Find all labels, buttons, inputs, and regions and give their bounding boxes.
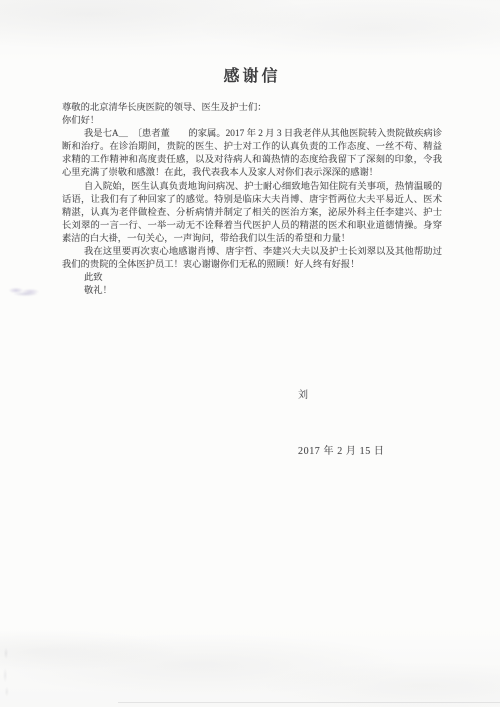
stamp-smudge-mark [8,285,40,297]
letter-line: 我在这里要再次衷心地感谢肖博、唐宇哲、李建兴大夫以及护士长刘翠以及其他帮助过 [62,246,442,259]
letter-line-jingli: 敬礼！ [62,285,442,298]
letter-line: 断和治疗。在诊治期间，贵院的医生、护士对工作的认真负责的工作态度、一丝不苟、精益 [62,141,442,154]
letter-line-cizhi: 此致 [62,272,442,285]
scan-edge-artifact [2,645,10,700]
letter-line: 心里充满了崇敬和感激！在此，我代表我本人及家人对你们表示深深的感谢！ [62,167,442,180]
letter-line: 我是七A＿ 〔患者董 的家属。2017 年 2 月 3 日我老伴从其他医院转入贵… [62,128,442,141]
letter-line: 话语，让我们有了种回家了的感觉。特别是临床大夫肖博、唐宇哲两位大夫平易近人、医术 [62,194,442,207]
letter-line-greeting: 你们好！ [62,115,442,128]
letter-line: 素洁的白大褂，一句关心，一声询问，带给我们以生活的希望和力量！ [62,233,442,246]
letter-line: 我们的贵院的全体医护员工！衷心谢谢你们无私的照顾！好人终有好报！ [62,259,442,272]
scanned-letter-page: 感谢信 尊敬的北京清华长庚医院的领导、医生及护士们： 你们好！ 我是七A＿ 〔患… [0,0,500,707]
letter-title: 感谢信 [62,63,442,86]
letter-date: 2017 年 2 月 15 日 [298,442,385,457]
letter-line: 求精的工作精神和高度责任感，以及对待病人和蔼热情的态度给我留下了深刻的印象，令我 [62,154,442,167]
letter-line-salutation: 尊敬的北京清华长庚医院的领导、医生及护士们： [62,102,442,115]
signature-name: 刘 [298,386,308,401]
letter-line: 精湛，认真为老伴做检查、分析病情并制定了相关的医治方案，泌尿外科主任李建兴、护士 [62,207,442,220]
letter-body: 尊敬的北京清华长庚医院的领导、医生及护士们： 你们好！ 我是七A＿ 〔患者董 的… [62,102,442,298]
letter-line: 自入院始，医生认真负责地询问病况、护士耐心细致地告知住院有关事项，热情温暖的 [62,181,442,194]
letter-line: 长刘翠的一言一行、一举一动无不诠释着当代医护人员的精湛的医术和职业道德情操。身穿 [62,220,442,233]
scan-bottom-line-artifact [118,702,500,703]
